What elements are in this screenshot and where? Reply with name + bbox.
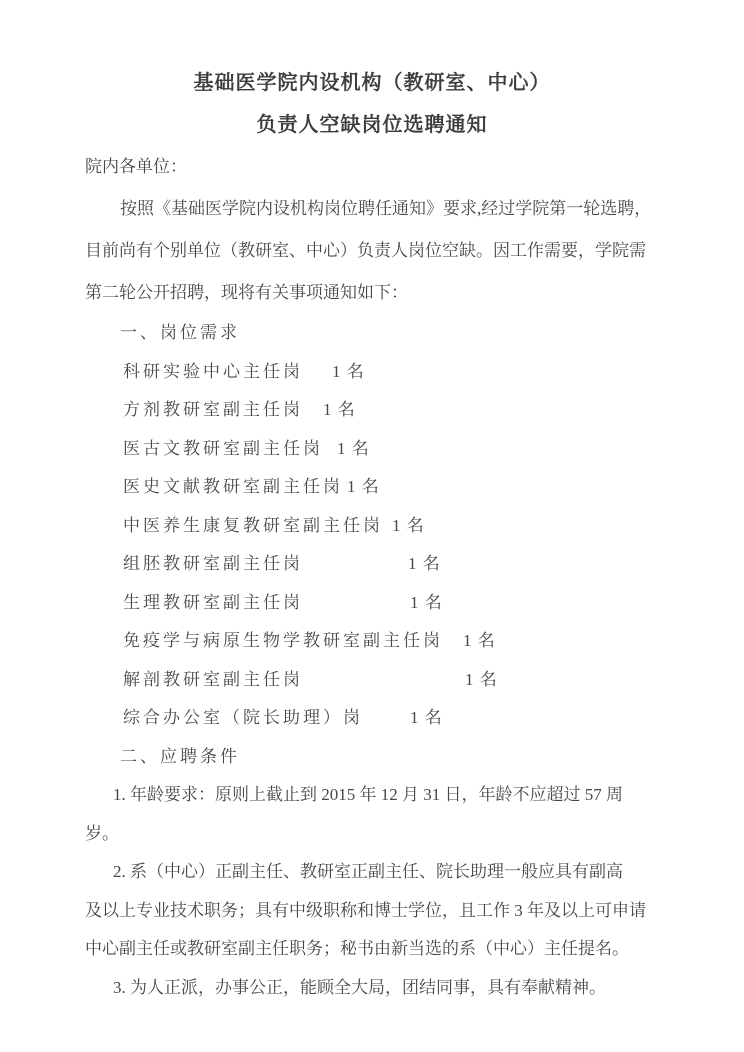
position-row: 综合办公室（院长助理）岗 1 名: [85, 699, 659, 738]
section-1-heading: 一、岗位需求: [85, 314, 659, 353]
position-count: 1 名: [410, 584, 443, 623]
salutation: 院内各单位：: [85, 146, 659, 188]
position-label: 生理教研室副主任岗: [123, 593, 303, 612]
position-row: 生理教研室副主任岗 1 名: [85, 584, 659, 623]
position-count: 1 名: [347, 468, 380, 507]
position-row: 医史文献教研室副主任岗 1 名: [85, 468, 659, 507]
position-label: 免疫学与病原生物学教研室副主任岗: [123, 631, 443, 650]
condition-1-line-2: 岁。: [85, 815, 659, 854]
document-body: 一、岗位需求 科研实验中心主任岗 1 名 方剂教研室副主任岗 1 名 医古文教研…: [85, 314, 659, 1007]
position-row: 组胚教研室副主任岗 1 名: [85, 545, 659, 584]
position-count: 1 名: [408, 545, 441, 584]
position-row: 解剖教研室副主任岗 1 名: [85, 661, 659, 700]
document-page: 基础医学院内设机构（教研室、中心） 负责人空缺岗位选聘通知 院内各单位： 按照《…: [0, 0, 744, 1052]
position-label: 医古文教研室副主任岗: [123, 439, 323, 458]
position-label: 科研实验中心主任岗: [123, 362, 303, 381]
title-line-1: 基础医学院内设机构（教研室、中心）: [0, 62, 744, 104]
position-row: 中医养生康复教研室副主任岗 1 名: [85, 507, 659, 546]
intro-line-3: 第二轮公开招聘，现将有关事项通知如下：: [85, 272, 659, 314]
position-count: 1 名: [323, 391, 356, 430]
intro-line-1: 按照《基础医学院内设机构岗位聘任通知》要求,经过学院第一轮选聘，: [85, 188, 659, 230]
section-2-heading: 二、应聘条件: [85, 738, 659, 777]
position-row: 方剂教研室副主任岗 1 名: [85, 391, 659, 430]
position-label: 中医养生康复教研室副主任岗: [123, 516, 383, 535]
position-list: 科研实验中心主任岗 1 名 方剂教研室副主任岗 1 名 医古文教研室副主任岗 1…: [85, 353, 659, 738]
condition-item-2: 2. 系（中心）正副主任、教研室正副主任、院长助理一般应具有副高 及以上专业技术…: [85, 853, 659, 969]
intro-section: 院内各单位： 按照《基础医学院内设机构岗位聘任通知》要求,经过学院第一轮选聘， …: [85, 146, 659, 314]
condition-1-line-1: 1. 年龄要求：原则上截止到 2015 年 12 月 31 日，年龄不应超过 5…: [85, 776, 659, 815]
condition-2-line-3: 中心副主任或教研室副主任职务；秘书由新当选的系（中心）主任提名。: [85, 930, 659, 969]
position-count: 1 名: [410, 699, 443, 738]
position-count: 1 名: [332, 353, 365, 392]
position-label: 解剖教研室副主任岗: [123, 670, 303, 689]
condition-2-line-2: 及以上专业技术职务；具有中级职称和博士学位，且工作 3 年及以上可申请: [85, 892, 659, 931]
position-row: 免疫学与病原生物学教研室副主任岗 1 名: [85, 622, 659, 661]
position-label: 方剂教研室副主任岗: [123, 400, 303, 419]
position-count: 1 名: [337, 430, 370, 469]
document-title: 基础医学院内设机构（教研室、中心） 负责人空缺岗位选聘通知: [0, 62, 744, 146]
condition-item-3: 3. 为人正派，办事公正，能顾全大局，团结同事，具有奉献精神。: [85, 969, 659, 1008]
position-count: 1 名: [392, 507, 425, 546]
position-row: 科研实验中心主任岗 1 名: [85, 353, 659, 392]
position-row: 医古文教研室副主任岗 1 名: [85, 430, 659, 469]
condition-item-1: 1. 年龄要求：原则上截止到 2015 年 12 月 31 日，年龄不应超过 5…: [85, 776, 659, 853]
title-line-2: 负责人空缺岗位选聘通知: [0, 104, 744, 146]
position-count: 1 名: [463, 622, 496, 661]
position-label: 综合办公室（院长助理）岗: [123, 708, 363, 727]
condition-3-line-1: 3. 为人正派，办事公正，能顾全大局，团结同事，具有奉献精神。: [85, 969, 659, 1008]
condition-2-line-1: 2. 系（中心）正副主任、教研室正副主任、院长助理一般应具有副高: [85, 853, 659, 892]
position-count: 1 名: [465, 661, 498, 700]
intro-line-2: 目前尚有个别单位（教研室、中心）负责人岗位空缺。因工作需要，学院需: [85, 230, 659, 272]
position-label: 组胚教研室副主任岗: [123, 554, 303, 573]
position-label: 医史文献教研室副主任岗: [123, 477, 343, 496]
